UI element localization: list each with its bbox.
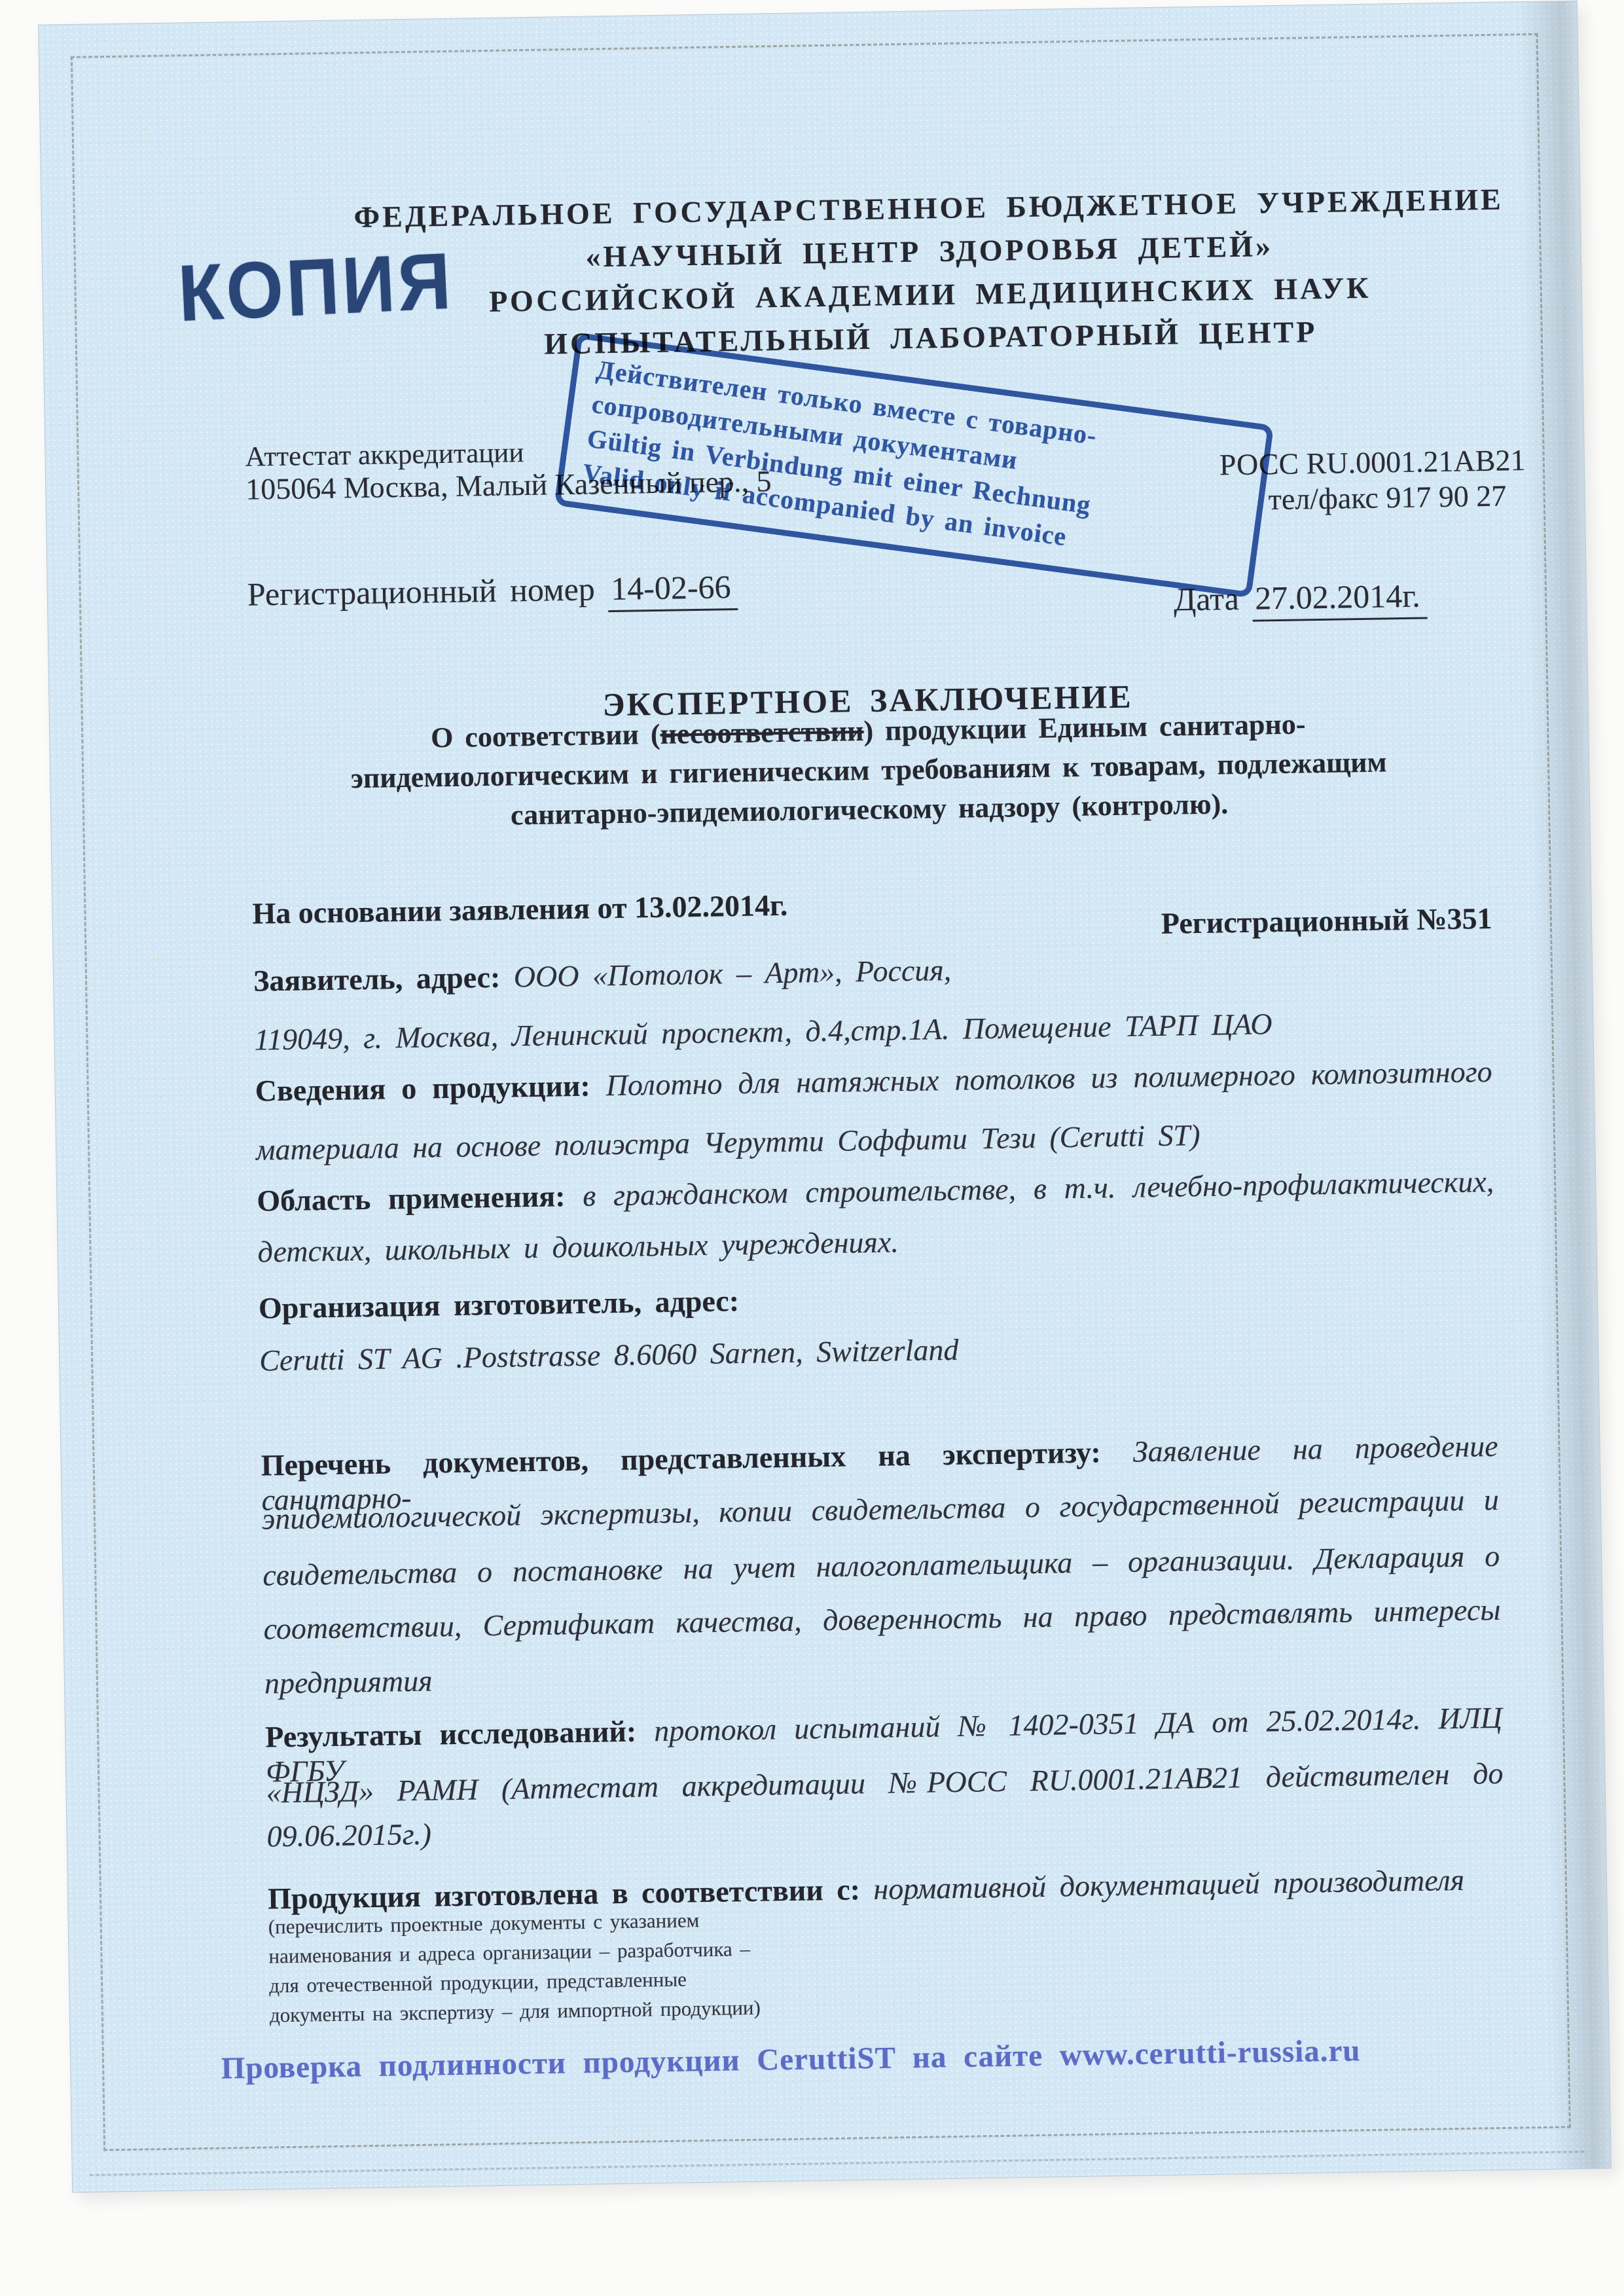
subtitle-struck-word: несоответствии (660, 715, 864, 750)
product-value-line1: Полотно для натяжных потолков из полимер… (605, 1055, 1492, 1102)
product-value-line2: материала на основе полиэстра Черутти Со… (256, 1113, 1494, 1167)
document-subtitle: О соответствии (несоответствии) продукци… (249, 702, 1489, 839)
subtitle-suffix: ) продукции Единым санитарно- (863, 708, 1306, 747)
scope-row: Область применения: в гражданском строит… (257, 1164, 1494, 1218)
scanned-page: ФЕДЕРАЛЬНОЕ ГОСУДАРСТВЕННОЕ БЮДЖЕТНОЕ УЧ… (0, 0, 1624, 2296)
certificate-sheet: ФЕДЕРАЛЬНОЕ ГОСУДАРСТВЕННОЕ БЮДЖЕТНОЕ УЧ… (39, 1, 1611, 2193)
accreditation-phone: тел/факс 917 90 27 (1268, 479, 1506, 517)
registration-no-351: Регистрационный №351 (1161, 901, 1492, 941)
basis-statement: На основании заявления от 13.02.2014г. (252, 888, 788, 931)
documents-label: Перечень документов, представленных на э… (261, 1435, 1101, 1482)
compliance-value: нормативной документацией производителя (873, 1863, 1464, 1906)
scope-label: Область применения: (257, 1179, 566, 1217)
product-row: Сведения о продукции: Полотно для натяжн… (255, 1054, 1492, 1108)
subtitle-prefix: О соответствии ( (431, 718, 660, 754)
compliance-note-line4: документы на экспертизу – для импортной … (270, 1992, 990, 2027)
registration-number-value: 14-02-66 (608, 568, 738, 612)
scope-value-line1: в гражданском строительстве, в т.ч. лече… (583, 1165, 1494, 1212)
org-header: ФЕДЕРАЛЬНОЕ ГОСУДАРСТВЕННОЕ БЮДЖЕТНОЕ УЧ… (303, 177, 1556, 369)
product-label: Сведения о продукции: (255, 1069, 590, 1108)
scope-value-line2: детских, школьных и дошкольных учреждени… (257, 1215, 1495, 1269)
results-line3: 09.06.2015г.) (266, 1800, 1504, 1854)
manufacturer-value: Cerutti ST AG .Poststrasse 8.6060 Sarnen… (259, 1324, 1497, 1378)
decorative-dashed-frame-bottom (90, 2151, 1585, 2176)
copy-stamp: КОПИЯ (177, 241, 456, 334)
authenticity-check-note: Проверка подлинности продукции CeruttiST… (71, 2031, 1511, 2089)
manufacturer-label: Организация изготовитель, адрес: (259, 1271, 1496, 1326)
applicant-value-line2: 119049, г. Москва, Ленинский проспект, д… (254, 1003, 1492, 1057)
registration-number-row: Регистрационный номер 14-02-66 (247, 568, 738, 613)
validity-stamp: Действителен только вместе с товарно- со… (554, 333, 1274, 598)
applicant-value-line1: ООО «Потолок – Арт», Россия, (513, 953, 951, 993)
registration-number-label: Регистрационный номер (247, 570, 595, 612)
documents-line4: соответствии, Сертификат качества, довер… (263, 1592, 1501, 1647)
documents-line3: свидетельства о постановке на учет налог… (262, 1539, 1500, 1593)
documents-line5: предприятия (264, 1647, 1502, 1701)
results-label: Результаты исследований: (265, 1715, 637, 1754)
compliance-note-line3: для отечественной продукции, представлен… (269, 1963, 989, 1997)
date-value: 27.02.2014г. (1252, 577, 1427, 621)
compliance-note-line2: наименования и адреса организации – разр… (268, 1933, 988, 1968)
applicant-label: Заявитель, адрес: (253, 960, 501, 998)
applicant-row: Заявитель, адрес: ООО «Потолок – Арт», Р… (253, 944, 1491, 998)
